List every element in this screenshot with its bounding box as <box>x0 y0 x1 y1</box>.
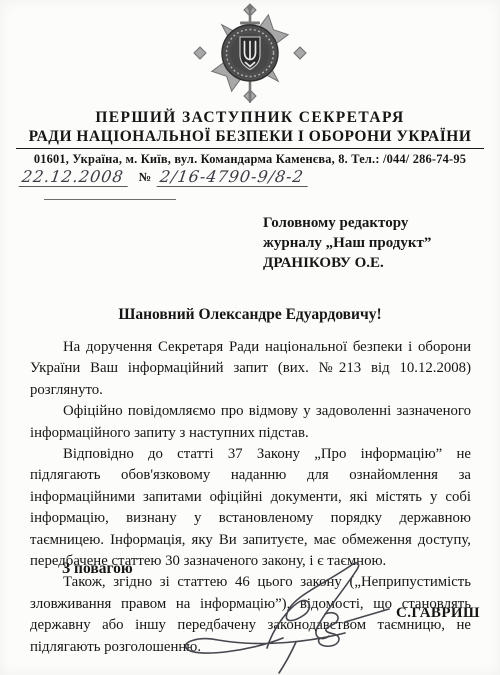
office-title-line2: РАДИ НАЦІОНАЛЬНОЇ БЕЗПЕКИ І ОБОРОНИ УКРА… <box>0 128 500 146</box>
body-paragraph: На доручення Секретаря Ради національної… <box>30 337 471 401</box>
body-paragraph: Офіційно повідомляємо про відмову у задо… <box>30 401 471 444</box>
signer-name: С.ГАВРИШ <box>396 605 480 622</box>
closing-phrase: З повагою <box>62 560 133 578</box>
nsdc-cross-emblem-icon <box>185 3 315 103</box>
handwritten-ref-number: 2/16-4790-9/8-2 <box>157 167 311 187</box>
salutation: Шановний Олександре Едуардовичу! <box>0 306 500 324</box>
blank-reference-rule <box>44 199 176 200</box>
letterhead-divider <box>16 148 484 149</box>
recipient-block: Головному редактору журналу „Наш продукт… <box>263 213 431 273</box>
number-sign: № <box>139 170 152 184</box>
office-title-line1: ПЕРШИЙ ЗАСТУПНИК СЕКРЕТАРЯ <box>0 109 500 127</box>
recipient-name: ДРАНІКОВУ О.Е. <box>263 253 431 273</box>
letterhead: ПЕРШИЙ ЗАСТУПНИК СЕКРЕТАРЯ РАДИ НАЦІОНАЛ… <box>0 109 500 167</box>
handwritten-signature-icon <box>175 552 405 675</box>
recipient-role: Головному редактору <box>263 213 431 233</box>
handwritten-date: 22.12.2008 <box>19 167 130 187</box>
letterhead-address: 01601, Україна, м. Київ, вул. Командарма… <box>0 152 500 167</box>
reference-line: 22.12.2008 № 2/16-4790-9/8-2 <box>20 167 309 187</box>
scanned-letter-page: ПЕРШИЙ ЗАСТУПНИК СЕКРЕТАРЯ РАДИ НАЦІОНАЛ… <box>0 0 500 675</box>
recipient-organization: журналу „Наш продукт” <box>263 233 431 253</box>
